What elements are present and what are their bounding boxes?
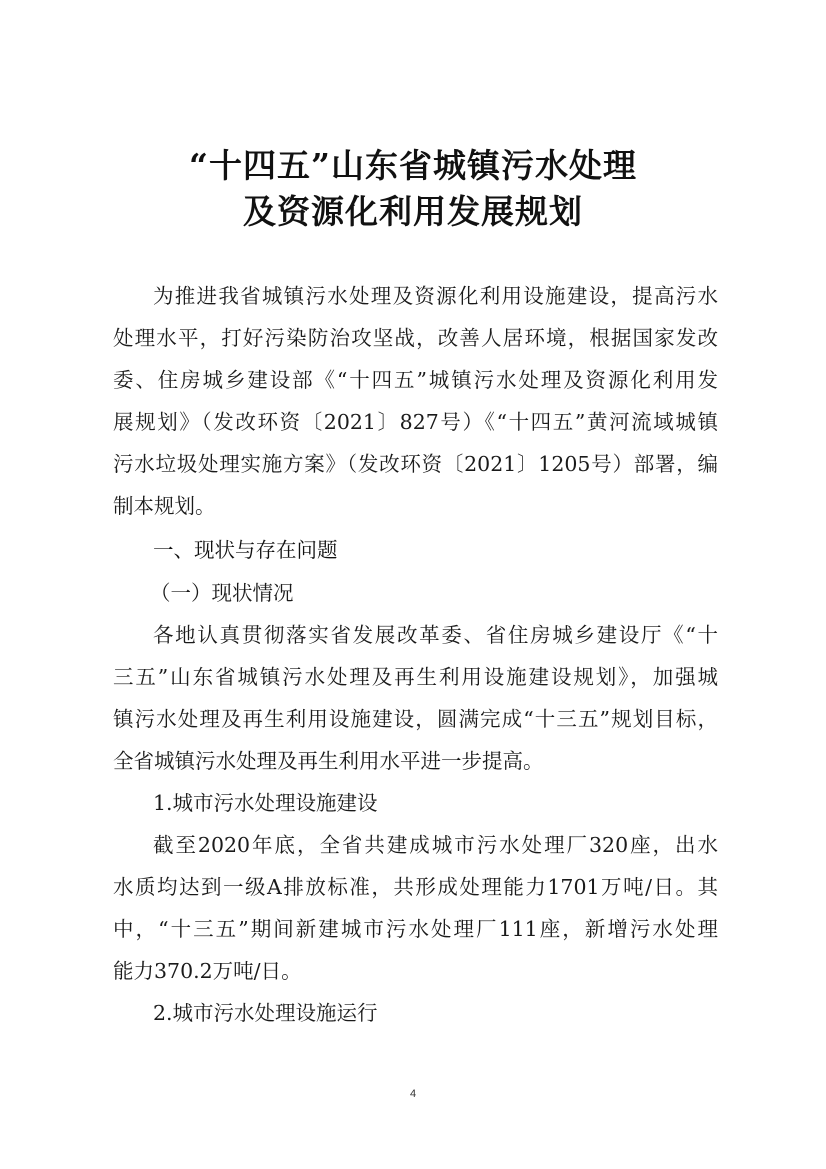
- item-heading: 2.城市污水处理设施运行: [153, 998, 378, 1028]
- status-paragraph-line: 三五”山东省城镇污水处理及再生利用设施建设规划》，加强城: [113, 662, 718, 692]
- status-paragraph-line: 镇污水处理及再生利用设施建设，圆满完成“十三五”规划目标，: [113, 704, 718, 734]
- subsection-heading: （一）现状情况: [150, 578, 294, 608]
- item1-paragraph-line: 截至2020年底，全省共建成城市污水处理厂320座，出水: [153, 830, 718, 860]
- item1-paragraph-line: 中，“十三五”期间新建城市污水处理厂111座，新增污水处理: [113, 914, 718, 944]
- page-number: 4: [0, 1088, 826, 1100]
- intro-paragraph-line: 展规划》（发改环资〔2021〕827号）《“十四五”黄河流域城镇: [113, 407, 718, 437]
- intro-paragraph-line: 委、住房城乡建设部《“十四五”城镇污水处理及资源化利用发: [113, 365, 718, 395]
- document-title-line-2: 及资源化利用发展规划: [0, 186, 826, 233]
- intro-paragraph-line: 为推进我省城镇污水处理及资源化利用设施建设，提高污水: [153, 281, 718, 311]
- intro-paragraph-line: 制本规划。: [113, 491, 718, 521]
- section-heading: 一、现状与存在问题: [153, 535, 338, 565]
- intro-paragraph-line: 处理水平，打好污染防治攻坚战，改善人居环境，根据国家发改: [113, 323, 718, 353]
- item-heading: 1.城市污水处理设施建设: [153, 788, 378, 818]
- item1-paragraph-line: 水质均达到一级A排放标准，共形成处理能力1701万吨/日。其: [113, 872, 718, 902]
- document-page: “十四五”山东省城镇污水处理 及资源化利用发展规划 为推进我省城镇污水处理及资源…: [0, 0, 826, 1169]
- status-paragraph-line: 各地认真贯彻落实省发展改革委、省住房城乡建设厅《“十: [153, 620, 718, 650]
- intro-paragraph-line: 污水垃圾处理实施方案》（发改环资〔2021〕1205号）部署，编: [113, 449, 718, 479]
- status-paragraph-line: 全省城镇污水处理及再生利用水平进一步提高。: [113, 746, 718, 776]
- item1-paragraph-line: 能力370.2万吨/日。: [113, 956, 718, 986]
- document-title-line-1: “十四五”山东省城镇污水处理: [0, 140, 826, 187]
